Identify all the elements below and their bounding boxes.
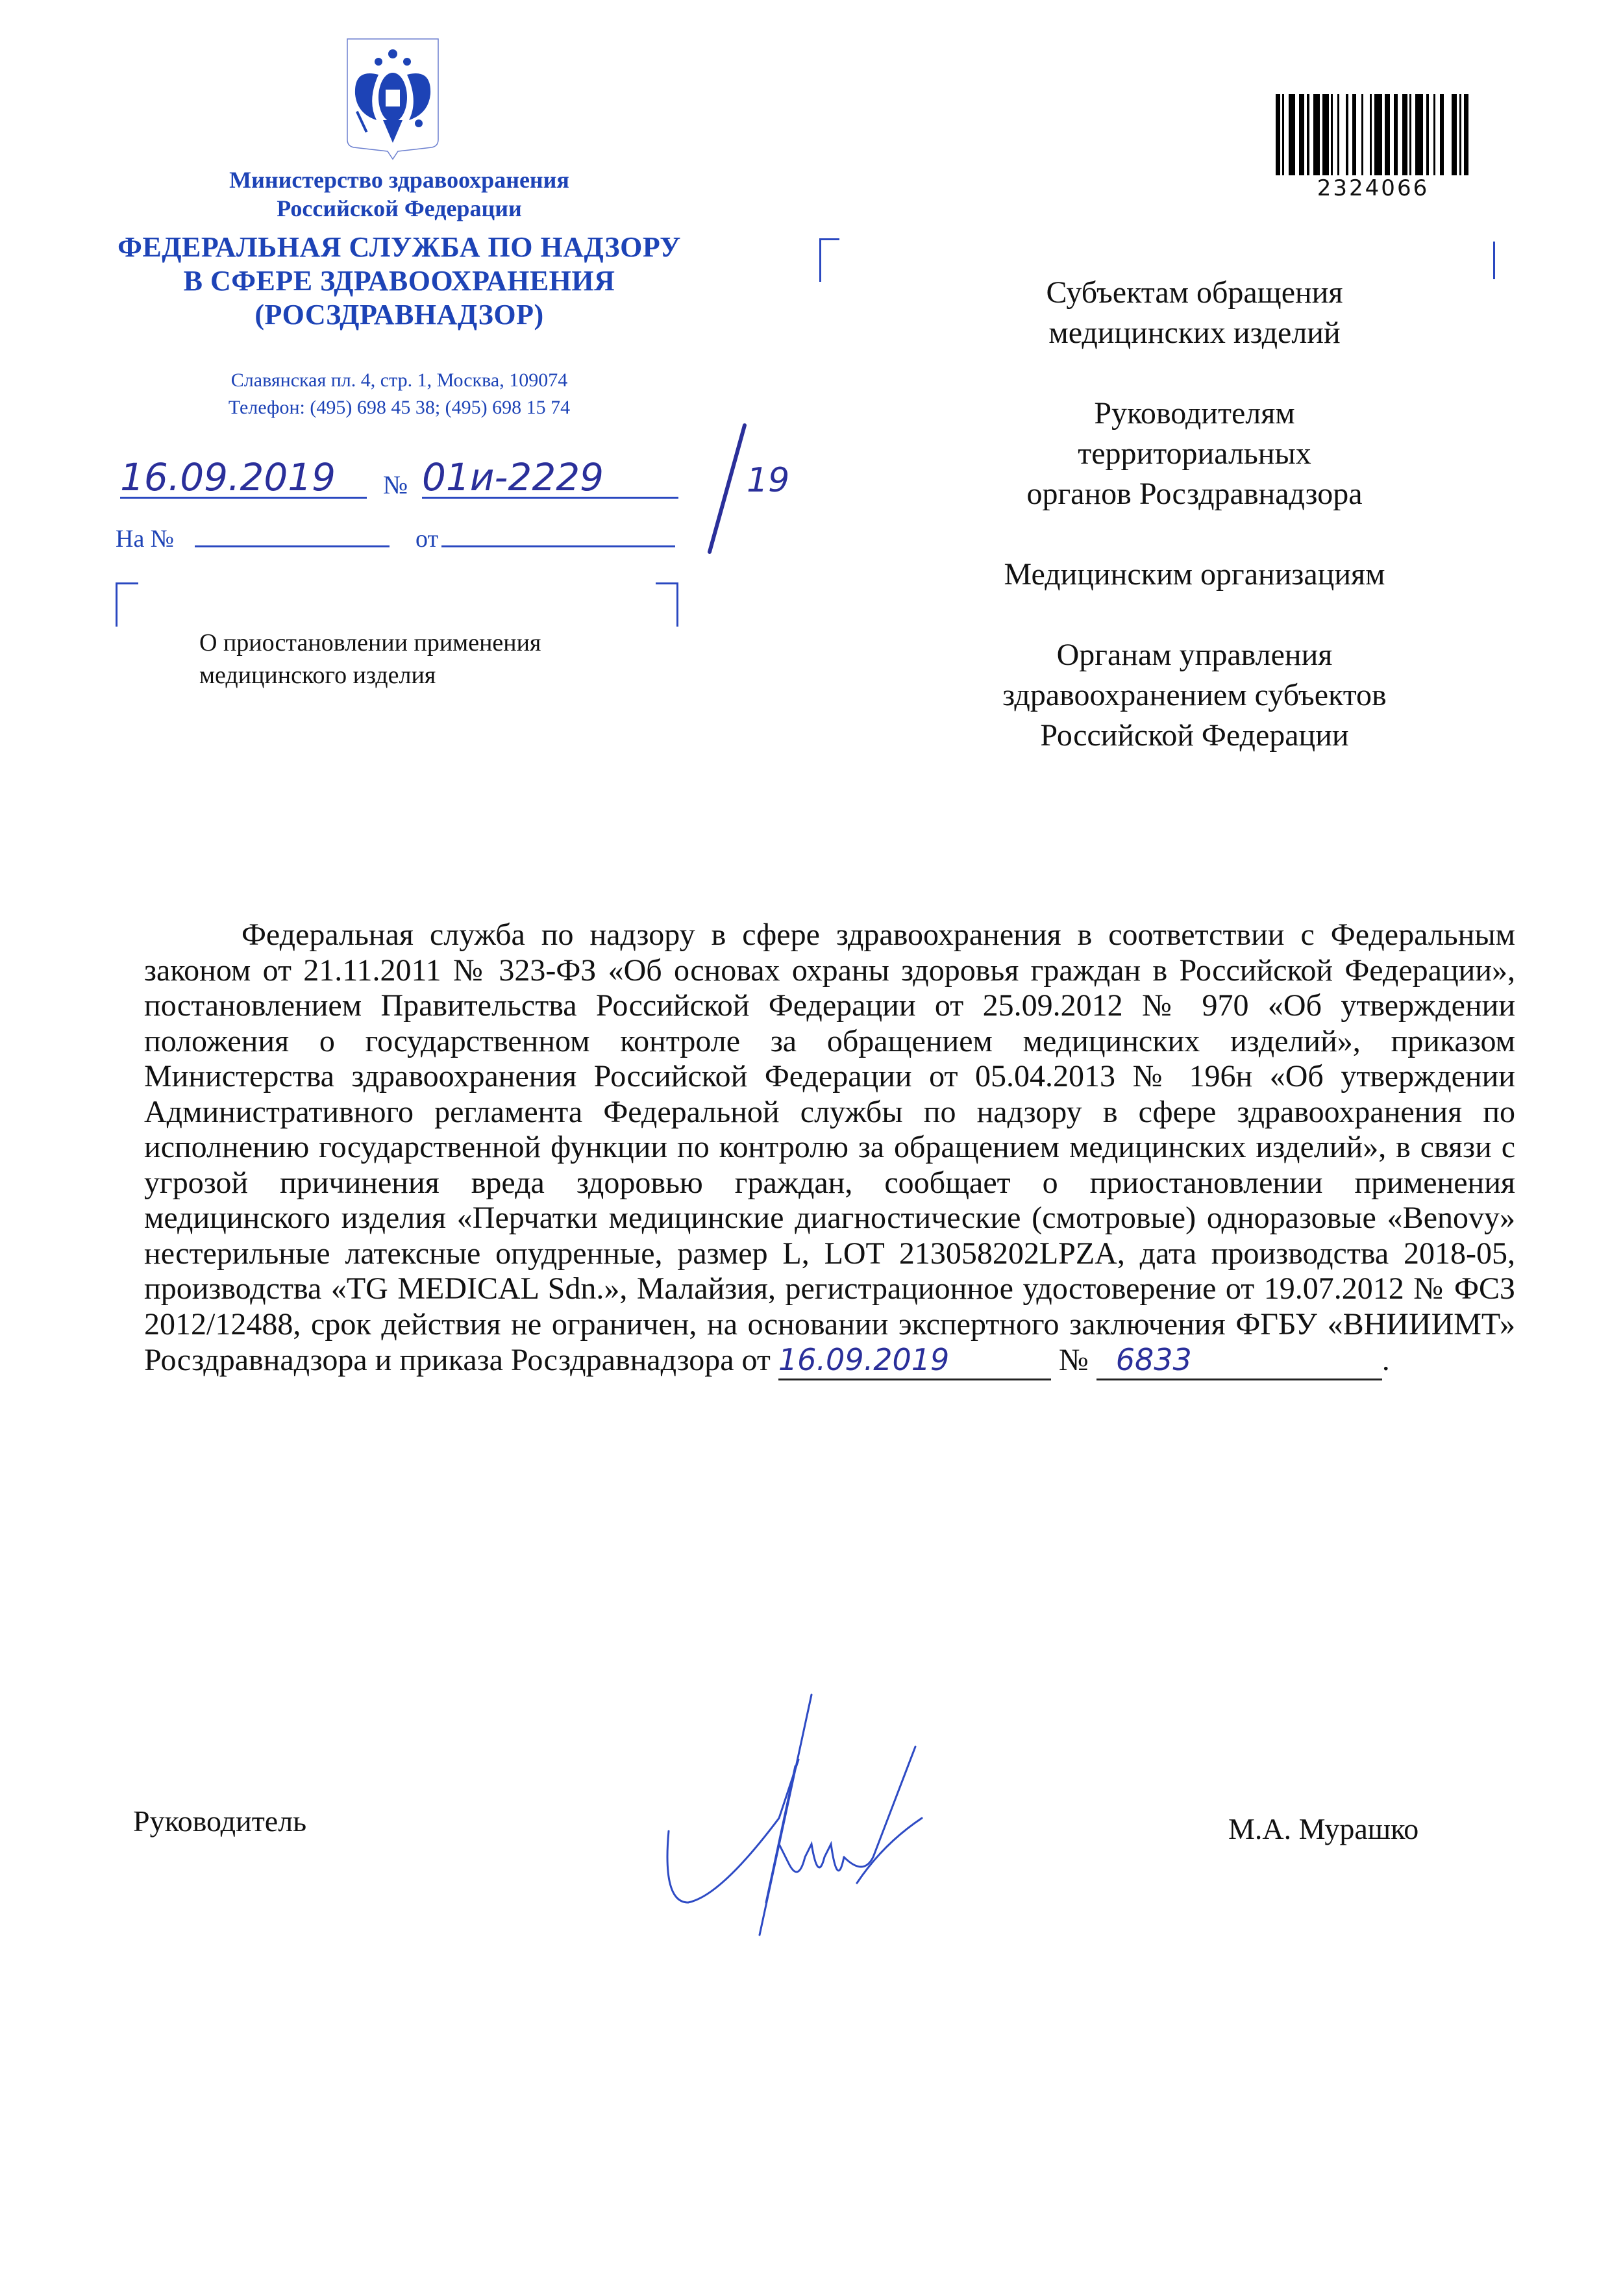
address-block: Славянская пл. 4, стр. 1, Москва, 109074… [117,367,682,421]
recipient-group: Органам управления здравоохранением субъ… [896,635,1493,756]
registration-number: 01и-2229 [422,458,678,499]
corner-bracket [819,238,839,282]
order-number-sign: № [1059,1343,1089,1377]
corner-bracket [1493,242,1495,279]
registration-year: 19 [747,461,789,500]
coat-of-arms-icon [341,36,445,166]
recipients: Субъектам обращения медицинских изделий … [896,273,1493,796]
in-reply-date-field [441,519,675,547]
registration-date: 16.09.2019 [120,458,367,499]
corner-bracket [116,582,138,627]
service-name: ФЕДЕРАЛЬНАЯ СЛУЖБА ПО НАДЗОРУ В СФЕРЕ ЗД… [104,231,695,332]
handwritten-slash [704,422,750,558]
in-reply-number-field [195,519,390,547]
in-reply-label: На № [116,525,174,553]
subject: О приостановлении применения медицинског… [199,627,541,692]
order-date: 16.09.2019 [778,1342,949,1377]
order-number: 6833 [1096,1342,1192,1377]
signatory-name: М.А. Мурашко [1228,1812,1418,1846]
handwritten-signature [649,1688,1065,1967]
body-text: Федеральная служба по надзору в сфере зд… [144,917,1515,1377]
barcode-number: 2324066 [1276,175,1470,201]
address: Славянская пл. 4, стр. 1, Москва, 109074 [117,367,682,394]
from-label: от [415,525,438,553]
order-number-field: 6833 [1096,1342,1382,1380]
signatory-title: Руководитель [133,1804,306,1838]
registration-line: 16.09.2019 № 01и-2229 [107,458,743,510]
ministry-name: Министерство здравоохранения Российской … [117,166,682,223]
recipient-group: Руководителям территориальных органов Ро… [896,393,1493,514]
order-date-field: 16.09.2019 [778,1342,1051,1380]
letter-body: Федеральная служба по надзору в сфере зд… [144,917,1515,1380]
corner-bracket [656,582,678,627]
recipient-group: Субъектам обращения медицинских изделий [896,273,1493,353]
recipient-group: Медицинским организациям [896,555,1493,595]
barcode [1276,94,1470,179]
number-sign: № [383,469,408,500]
phone: Телефон: (495) 698 45 38; (495) 698 15 7… [117,394,682,421]
